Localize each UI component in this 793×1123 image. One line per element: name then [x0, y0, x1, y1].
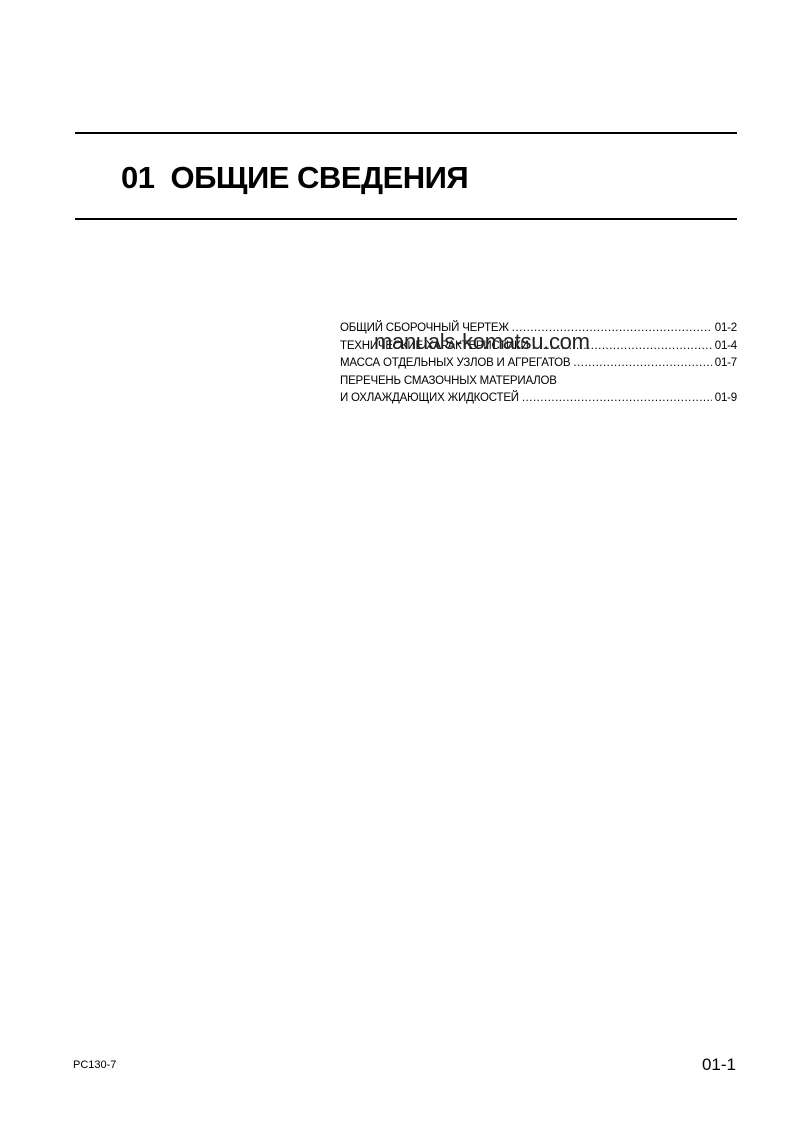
top-rule — [75, 132, 737, 134]
toc-item-label: ПЕРЕЧЕНЬ СМАЗОЧНЫХ МАТЕРИАЛОВ — [340, 373, 557, 391]
page-title: 01ОБЩИЕ СВЕДЕНИЯ — [121, 160, 468, 196]
footer-model: PC130-7 — [73, 1059, 116, 1071]
toc-item-page: 01-7 — [715, 355, 737, 373]
section-title: ОБЩИЕ СВЕДЕНИЯ — [170, 160, 468, 195]
toc-item-page: 01-9 — [715, 390, 737, 408]
toc-item[interactable]: МАССА ОТДЕЛЬНЫХ УЗЛОВ И АГРЕГАТОВ 01-7 — [340, 355, 737, 373]
footer-page-number: 01-1 — [702, 1055, 736, 1075]
toc-item-page: 01-2 — [715, 320, 737, 338]
toc-leader-dots — [522, 390, 712, 408]
toc-leader-dots — [573, 355, 711, 373]
bottom-rule — [75, 218, 737, 220]
section-number: 01 — [121, 160, 154, 195]
toc-item-label: И ОХЛАЖДАЮЩИХ ЖИДКОСТЕЙ — [340, 390, 519, 408]
toc-item-label: МАССА ОТДЕЛЬНЫХ УЗЛОВ И АГРЕГАТОВ — [340, 355, 570, 373]
toc-item-page: 01-4 — [715, 338, 737, 356]
toc-item-continued[interactable]: ПЕРЕЧЕНЬ СМАЗОЧНЫХ МАТЕРИАЛОВ — [340, 373, 737, 391]
toc-item[interactable]: И ОХЛАЖДАЮЩИХ ЖИДКОСТЕЙ 01-9 — [340, 390, 737, 408]
watermark: manuals-komatsu.com — [374, 329, 590, 355]
